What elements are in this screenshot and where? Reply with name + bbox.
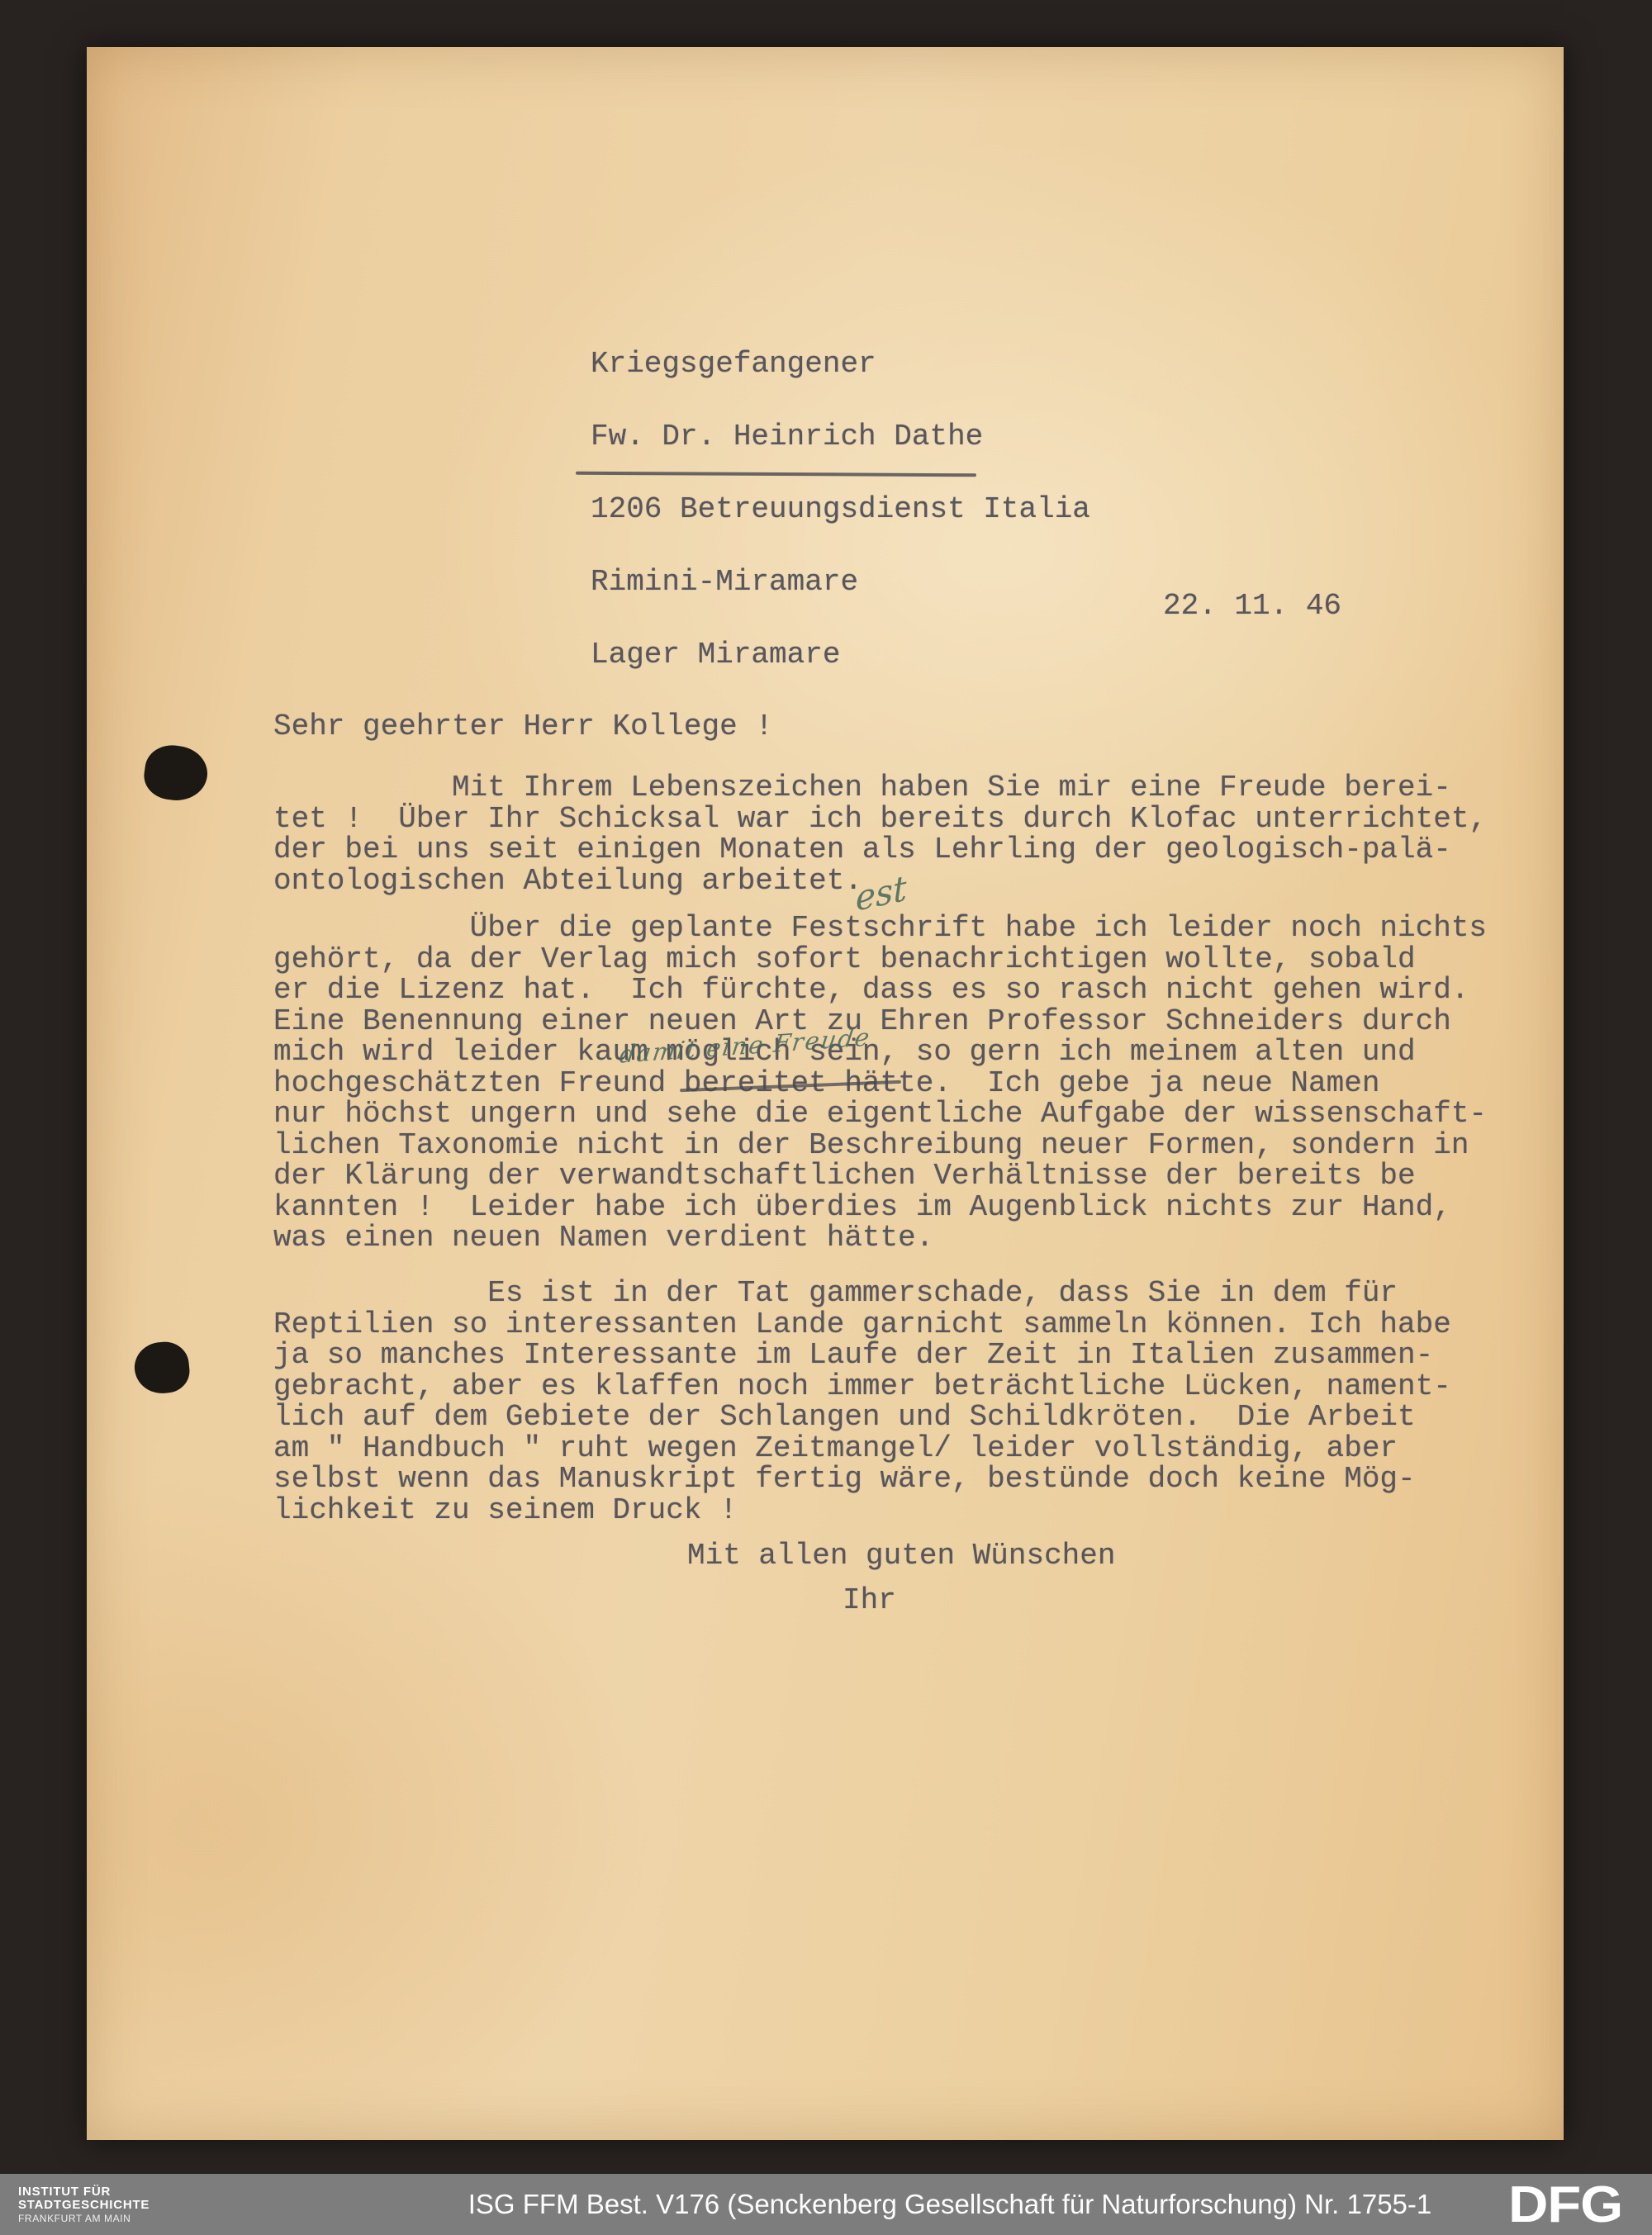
- punch-hole-top: [141, 742, 211, 804]
- signature-line: Ihr: [843, 1585, 896, 1616]
- letter-paper: Kriegsgefangener Fw. Dr. Heinrich Dathe …: [87, 47, 1564, 2140]
- paragraph-3: Es ist in der Tat gammerschade, dass Sie…: [273, 1278, 1451, 1526]
- sender-line-4: Rimini-Miramare: [591, 565, 858, 599]
- institute-line-2: STADTGESCHICHTE: [18, 2199, 150, 2212]
- institute-logo: INSTITUT FÜR STADTGESCHICHTE FRANKFURT A…: [18, 2185, 150, 2225]
- institute-line-1: INSTITUT FÜR: [18, 2185, 150, 2199]
- archival-letter-scan: { "letter": { "sender_lines": [ "Kriegsg…: [0, 0, 1652, 2235]
- sender-line-5: Lager Miramare: [591, 638, 840, 671]
- institute-line-3: FRANKFURT AM MAIN: [18, 2212, 150, 2225]
- archive-caption: ISG FFM Best. V176 (Senckenberg Gesellsc…: [248, 2189, 1652, 2220]
- letter-date: 22. 11. 46: [1163, 588, 1341, 624]
- punch-hole-bottom: [132, 1340, 192, 1397]
- sender-line-2: Fw. Dr. Heinrich Dathe: [591, 420, 983, 453]
- dfg-logo: DFG: [1508, 2176, 1622, 2234]
- closing-phrase: Mit allen guten Wünschen: [687, 1540, 1115, 1572]
- sender-line-1: Kriegsgefangener: [591, 347, 876, 381]
- sender-line-3: 1206 Betreuungsdienst Italia: [591, 492, 1090, 526]
- sender-address: Kriegsgefangener Fw. Dr. Heinrich Dathe …: [591, 346, 1090, 673]
- salutation: Sehr geehrter Herr Kollege !: [273, 711, 773, 743]
